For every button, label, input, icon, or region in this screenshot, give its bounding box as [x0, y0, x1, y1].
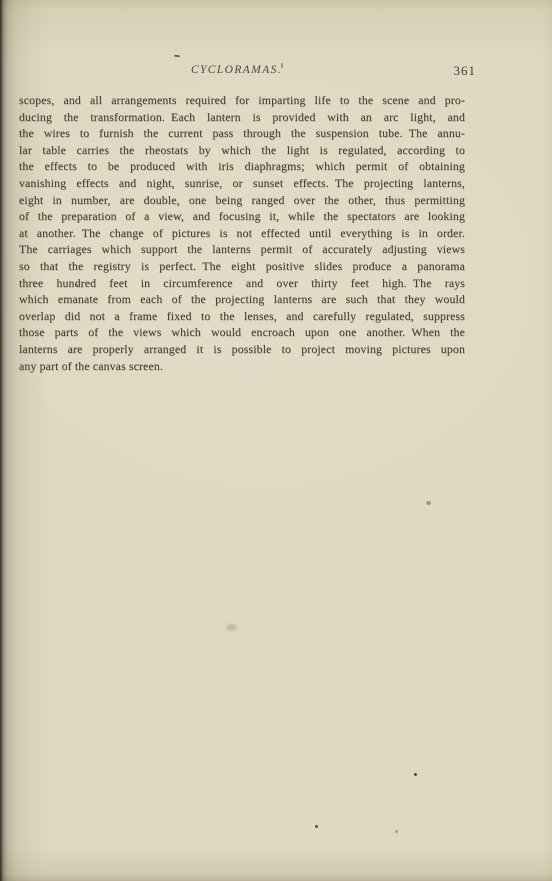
text-line: vanishing effects and night, sunrise, or… [19, 175, 465, 192]
text-line: so that the registry is perfect. The eig… [19, 258, 465, 275]
ink-speck [414, 773, 417, 776]
ink-speck [315, 825, 318, 828]
text-line: three hundred feet in circumference and … [19, 275, 465, 292]
text-line: those parts of the views which would enc… [19, 324, 465, 341]
text-line: any part of the canvas screen. [19, 358, 465, 375]
ink-speck [76, 284, 78, 287]
ink-speck [174, 55, 180, 58]
text-line: ducing the transformation. Each lantern … [19, 109, 465, 126]
ink-speck [426, 501, 431, 505]
text-line: which emanate from each of the projectin… [19, 291, 465, 308]
running-title: CYCLORAMAS. [7, 64, 466, 76]
text-line: lanterns are properly arranged it is pos… [19, 341, 465, 358]
ink-speck [281, 63, 283, 68]
text-line: the effects to be produced with iris dia… [19, 158, 465, 175]
page-header: CYCLORAMAS. 361 [19, 63, 466, 81]
text-line: eight in number, are double, one being r… [19, 192, 465, 209]
book-page: CYCLORAMAS. 361 scopes, and all arrangem… [0, 0, 552, 881]
text-line: overlap did not a frame fixed to the len… [19, 308, 465, 325]
text-line: The carriages which support the lanterns… [19, 241, 465, 258]
ink-speck [395, 830, 398, 833]
page-number: 361 [454, 63, 477, 79]
paper-smudge [226, 624, 237, 631]
text-line: at another. The change of pictures is no… [19, 225, 465, 242]
paragraph: scopes, and all arrangements required fo… [19, 92, 465, 374]
text-line: the wires to furnish the current pass th… [19, 125, 465, 142]
text-line: of the preparation of a view, and focusi… [19, 208, 465, 225]
text-line: lar table carries the rheostats by which… [19, 142, 465, 159]
text-line: scopes, and all arrangements required fo… [19, 92, 465, 109]
